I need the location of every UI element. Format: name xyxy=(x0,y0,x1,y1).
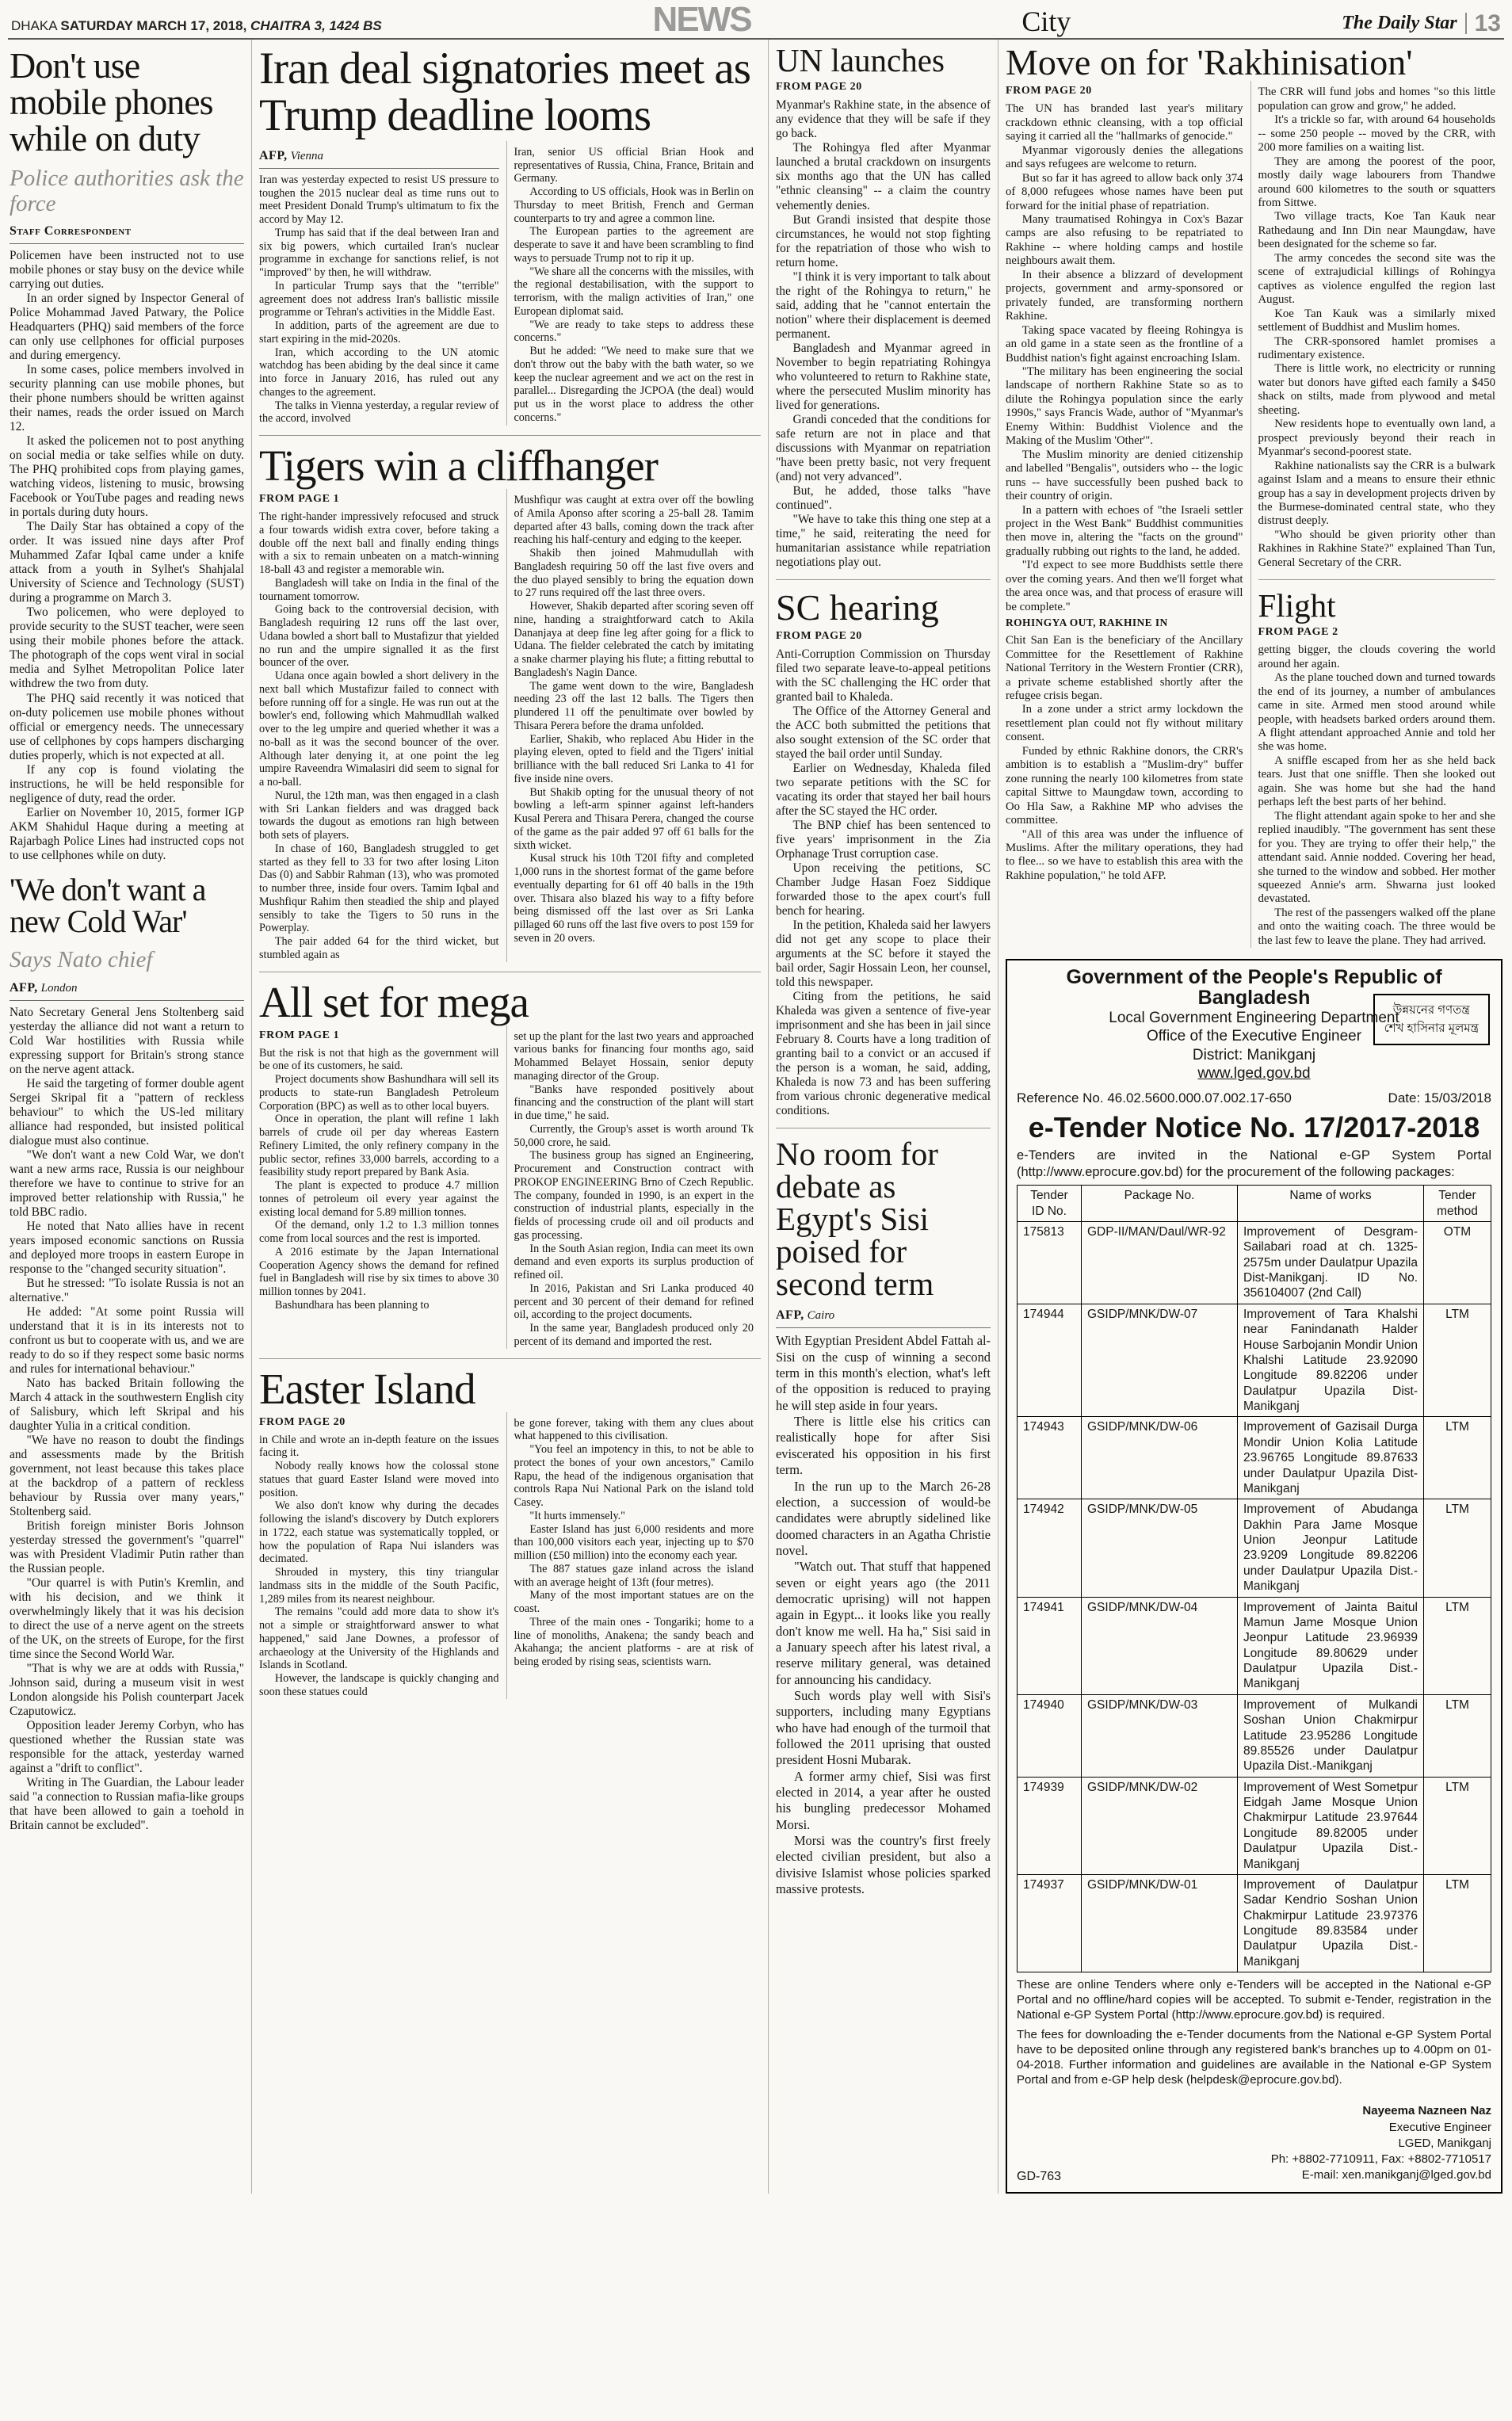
paragraph: The plant is expected to produce 4.7 mil… xyxy=(259,1179,499,1219)
signatory-title: Executive Engineer xyxy=(1271,2120,1491,2136)
paragraph: Currently, the Group's asset is worth ar… xyxy=(514,1123,754,1150)
table-row: 174944GSIDP/MNK/DW-07Improvement of Tara… xyxy=(1018,1304,1491,1417)
deck: Police authorities ask the force xyxy=(10,166,244,216)
tigers-columns: FROM PAGE 1 The right-hander impressivel… xyxy=(259,489,761,962)
paragraph: The 887 statues gaze inland across the i… xyxy=(514,1563,754,1590)
headline: Flight xyxy=(1258,590,1496,622)
paragraph: Nurul, the 12th man, was then engaged in… xyxy=(259,789,499,842)
cell-works: Improvement of West Sometpur Eidgah Jame… xyxy=(1238,1777,1424,1874)
paragraph: In addition, parts of the agreement are … xyxy=(259,319,499,346)
signature-block: Nayeema Nazneen Naz Executive Engineer L… xyxy=(1271,2103,1491,2183)
column-header-id: Tender ID No. xyxy=(1018,1186,1082,1222)
rakhine-columns: FROM PAGE 20 The UN has branded last yea… xyxy=(1006,81,1502,948)
cell-works: Improvement of Gazisail Durga Mondir Uni… xyxy=(1238,1417,1424,1499)
cell-method: LTM xyxy=(1424,1304,1491,1417)
subsection-label: City xyxy=(1021,9,1071,34)
cell-method: LTM xyxy=(1424,1777,1491,1874)
paragraph: getting bigger, the clouds covering the … xyxy=(1258,643,1496,671)
paragraph: The Muslim minority are denied citizensh… xyxy=(1006,449,1243,504)
gd-code: GD-763 xyxy=(1017,2170,1061,2184)
iran-col-2: Iran, senior US official Brian Hook and … xyxy=(506,141,762,426)
page-columns: Don't use mobile phones while on duty Po… xyxy=(8,40,1504,2193)
article-body: set up the plant for the last two years … xyxy=(514,1030,754,1349)
table-row: 174942GSIDP/MNK/DW-05Improvement of Abud… xyxy=(1018,1499,1491,1597)
paragraph: However, Shakib departed after scoring s… xyxy=(514,600,754,680)
column-header-package: Package No. xyxy=(1082,1186,1238,1222)
paragraph: Koe Tan Kauk was a similarly mixed settl… xyxy=(1258,307,1496,335)
mega-col-2: set up the plant for the last two years … xyxy=(506,1025,762,1349)
paragraph: It asked the policemen not to post anyth… xyxy=(10,434,244,520)
signatory-phone: Ph: +8802-7710911, Fax: +8802-7710517 xyxy=(1271,2152,1491,2167)
paragraph: Shrouded in mystery, this tiny triangula… xyxy=(259,1566,499,1606)
paragraph: In the same year, Bangladesh produced on… xyxy=(514,1322,754,1349)
city-label: DHAKA xyxy=(11,18,57,33)
paragraph: "It hurts immensely." xyxy=(514,1510,754,1523)
cell-id: 174939 xyxy=(1018,1777,1082,1874)
tender-table-header: Tender ID No. Package No. Name of works … xyxy=(1018,1186,1491,1222)
paragraph: be gone forever, taking with them any cl… xyxy=(514,1417,754,1444)
paragraph: The business group has signed an Enginee… xyxy=(514,1149,754,1242)
paragraph: The European parties to the agreement ar… xyxy=(514,225,754,265)
tender-date: Date: 15/03/2018 xyxy=(1388,1090,1491,1106)
paragraph: Iran, which according to the UN atomic w… xyxy=(259,346,499,399)
easter-columns: FROM PAGE 20 in Chile and wrote an in-de… xyxy=(259,1412,761,1699)
article-body: Policemen have been instructed not to us… xyxy=(10,249,244,863)
cell-works: Improvement of Jainta Baitul Mamun Jame … xyxy=(1238,1597,1424,1694)
paragraph: There is little work, no electricity or … xyxy=(1258,362,1496,418)
reference-row: Reference No. 46.02.5600.000.07.002.17-6… xyxy=(1017,1090,1491,1106)
paragraph: Morsi was the country's first freely ele… xyxy=(776,1833,991,1897)
continuation-label: FROM PAGE 20 xyxy=(776,630,991,643)
paragraph: But so far it has agreed to allow back o… xyxy=(1006,172,1243,213)
paragraph: The rest of the passengers walked off th… xyxy=(1258,907,1496,948)
paragraph: The game went down to the wire, Banglade… xyxy=(514,680,754,733)
paragraph: But Grandi insisted that despite those c… xyxy=(776,213,991,270)
paragraph: Nobody really knows how the colossal sto… xyxy=(259,1460,499,1499)
paragraph: "You feel an impotency in this, to not b… xyxy=(514,1443,754,1510)
paragraph: In 2016, Pakistan and Sri Lanka produced… xyxy=(514,1282,754,1322)
article-body: Iran, senior US official Brian Hook and … xyxy=(514,146,754,425)
paragraph: Going back to the controversial decision… xyxy=(259,603,499,670)
tender-table: Tender ID No. Package No. Name of works … xyxy=(1017,1185,1491,1972)
article-mega-refinery: All set for mega FROM PAGE 1 But the ris… xyxy=(259,972,761,1349)
column-2-3: Iran deal signatories meet as Trump dead… xyxy=(252,40,769,2193)
paragraph: The UN has branded last year's military … xyxy=(1006,102,1243,143)
article-tigers: Tigers win a cliffhanger FROM PAGE 1 The… xyxy=(259,435,761,962)
column-4: UN launches FROM PAGE 20 Myanmar's Rakhi… xyxy=(769,40,998,2193)
cell-package: GSIDP/MNK/DW-02 xyxy=(1082,1777,1238,1874)
easter-col-2: be gone forever, taking with them any cl… xyxy=(506,1412,762,1699)
headline: Iran deal signatories meet as Trump dead… xyxy=(259,46,761,139)
paragraph: Of the demand, only 1.2 to 1.3 million t… xyxy=(259,1219,499,1246)
iran-col-1: AFP, Vienna Iran was yesterday expected … xyxy=(259,141,506,426)
paragraph: Nato has backed Britain following the Ma… xyxy=(10,1377,244,1434)
article-body: getting bigger, the clouds covering the … xyxy=(1258,643,1496,948)
article-body: The UN has branded last year's military … xyxy=(1006,102,1243,614)
paragraph: Shakib then joined Mahmudullah with Bang… xyxy=(514,547,754,600)
article-body: Anti-Corruption Commission on Thursday f… xyxy=(776,647,991,1119)
headline: Easter Island xyxy=(259,1367,761,1411)
article-body: Myanmar's Rakhine state, in the absence … xyxy=(776,98,991,570)
byline: AFP, London xyxy=(10,981,244,1001)
paragraph: But he stressed: "To isolate Russia is n… xyxy=(10,1277,244,1305)
paragraph: Such words play well with Sisi's support… xyxy=(776,1688,991,1769)
byline: AFP, Cairo xyxy=(776,1308,991,1328)
article-body: Iran was yesterday expected to resist US… xyxy=(259,174,499,426)
article-body: be gone forever, taking with them any cl… xyxy=(514,1417,754,1669)
cell-method: LTM xyxy=(1424,1874,1491,1972)
cell-id: 174942 xyxy=(1018,1499,1082,1597)
paragraph: Earlier, Shakib, who replaced Abu Hider … xyxy=(514,733,754,786)
paragraph: "I think it is very important to talk ab… xyxy=(776,270,991,342)
paragraph: "The military has been engineering the s… xyxy=(1006,365,1243,449)
paragraph: Bashundhara has been planning to xyxy=(259,1299,499,1312)
tender-notice-title: e-Tender Notice No. 17/2017-2018 xyxy=(1017,1111,1491,1144)
paragraph: But, he added, those talks "have continu… xyxy=(776,484,991,513)
headline: UN launches xyxy=(776,44,991,77)
crosshead: ROHINGYA OUT, RAKHINE IN xyxy=(1006,617,1243,629)
paragraph: in Chile and wrote an in-depth feature o… xyxy=(259,1434,499,1461)
paragraph: They are among the poorest of the poor, … xyxy=(1258,155,1496,211)
masthead-right: The Daily Star 13 xyxy=(1342,13,1501,34)
paragraph: Two village tracts, Koe Tan Kauk near Ra… xyxy=(1258,210,1496,251)
article-body: in Chile and wrote an in-depth feature o… xyxy=(259,1434,499,1699)
cell-package: GSIDP/MNK/DW-06 xyxy=(1082,1417,1238,1499)
article-body: The right-hander impressively refocused … xyxy=(259,510,499,962)
headline: 'We don't want a new Cold War' xyxy=(10,874,244,939)
paragraph: Bangladesh will take on India in the fin… xyxy=(259,577,499,604)
article-body: With Egyptian President Abdel Fattah al-… xyxy=(776,1333,991,1897)
paragraph: Iran, senior US official Brian Hook and … xyxy=(514,146,754,185)
paragraph: In some cases, police members involved i… xyxy=(10,363,244,434)
cell-works: Improvement of Mulkandi Soshan Union Cha… xyxy=(1238,1694,1424,1777)
tender-notice: Government of the People's Republic of B… xyxy=(1006,959,1502,2194)
paragraph: The flight attendant again spoke to her … xyxy=(1258,810,1496,907)
paragraph: "We don't want a new Cold War, we don't … xyxy=(10,1148,244,1220)
headline: Don't use mobile phones while on duty xyxy=(10,48,244,157)
paragraph: The army concedes the second site was th… xyxy=(1258,252,1496,307)
paragraph: Anti-Corruption Commission on Thursday f… xyxy=(776,647,991,705)
paragraph: Policemen have been instructed not to us… xyxy=(10,249,244,292)
paragraph: But the risk is not that high as the gov… xyxy=(259,1047,499,1074)
tender-intro: e-Tenders are invited in the National e-… xyxy=(1017,1147,1491,1180)
article-body: The CRR will fund jobs and homes "so thi… xyxy=(1258,86,1496,570)
paragraph: In a zone under a strict army lockdown t… xyxy=(1006,703,1243,744)
mega-col-1: FROM PAGE 1 But the risk is not that hig… xyxy=(259,1025,506,1349)
paragraph: Upon receiving the petitions, SC Chamber… xyxy=(776,861,991,918)
paragraph: "We have no reason to doubt the findings… xyxy=(10,1434,244,1519)
paragraph: If any cop is found violating the instru… xyxy=(10,763,244,806)
cell-works: Improvement of Desgram-Sailabari road at… xyxy=(1238,1221,1424,1304)
paragraph: Grandi conceded that the conditions for … xyxy=(776,413,991,484)
paragraph: In the South Asian region, India can mee… xyxy=(514,1243,754,1282)
cell-method: LTM xyxy=(1424,1499,1491,1597)
table-row: 174937GSIDP/MNK/DW-01Improvement of Daul… xyxy=(1018,1874,1491,1972)
paragraph: Taking space vacated by fleeing Rohingya… xyxy=(1006,324,1243,365)
article-un-launches: UN launches FROM PAGE 20 Myanmar's Rakhi… xyxy=(776,44,991,570)
paragraph: With Egyptian President Abdel Fattah al-… xyxy=(776,1333,991,1414)
continuation-label: FROM PAGE 20 xyxy=(776,81,991,94)
article-flight: Flight FROM PAGE 2 getting bigger, the c… xyxy=(1258,579,1496,948)
paragraph: Myanmar vigorously denies the allegation… xyxy=(1006,144,1243,172)
paragraph: "We have to take this thing one step at … xyxy=(776,513,991,570)
continuation-label: FROM PAGE 1 xyxy=(259,493,499,506)
paragraph: The CRR-sponsored hamlet promises a rudi… xyxy=(1258,335,1496,363)
tender-table-body: 175813GDP-II/MAN/Daul/WR-92Improvement o… xyxy=(1018,1221,1491,1972)
article-sc-hearing: SC hearing FROM PAGE 20 Anti-Corruption … xyxy=(776,579,991,1119)
paragraph: But he added: "We need to make sure that… xyxy=(514,345,754,425)
article-cold-war: 'We don't want a new Cold War' Says Nato… xyxy=(10,874,244,1834)
cell-method: LTM xyxy=(1424,1597,1491,1694)
date-text: SATURDAY MARCH 17, 2018, xyxy=(60,18,246,33)
paragraph: Project documents show Bashundhara will … xyxy=(259,1073,499,1113)
cell-method: LTM xyxy=(1424,1694,1491,1777)
article-rakhinisation: Move on for 'Rakhinisation' FROM PAGE 20… xyxy=(1006,44,1502,948)
paragraph: Once in operation, the plant will refine… xyxy=(259,1113,499,1179)
paragraph: Bangladesh and Myanmar agreed in Novembe… xyxy=(776,342,991,413)
headline: Tigers win a cliffhanger xyxy=(259,444,761,487)
paragraph: Earlier on Wednesday, Khaleda filed two … xyxy=(776,762,991,819)
paragraph: The remains "could add more data to show… xyxy=(259,1606,499,1672)
paragraph: In the petition, Khaleda said her lawyer… xyxy=(776,918,991,990)
signatory-name: Nayeema Nazneen Naz xyxy=(1271,2103,1491,2119)
deck: Says Nato chief xyxy=(10,948,244,972)
headline: All set for mega xyxy=(259,980,761,1024)
table-row: 175813GDP-II/MAN/Daul/WR-92Improvement o… xyxy=(1018,1221,1491,1304)
paragraph: The Office of the Attorney General and t… xyxy=(776,705,991,762)
paragraph: The right-hander impressively refocused … xyxy=(259,510,499,577)
paragraph: The talks in Vienna yesterday, a regular… xyxy=(259,399,499,426)
table-row: 174943GSIDP/MNK/DW-06Improvement of Gazi… xyxy=(1018,1417,1491,1499)
table-row: 174941GSIDP/MNK/DW-04Improvement of Jain… xyxy=(1018,1597,1491,1694)
paragraph: set up the plant for the last two years … xyxy=(514,1030,754,1083)
paragraph: A former army chief, Sisi was first elec… xyxy=(776,1769,991,1833)
tender-note-2: The fees for downloading the e-Tender do… xyxy=(1017,2028,1491,2087)
article-easter-island: Easter Island FROM PAGE 20 in Chile and … xyxy=(259,1358,761,1699)
cell-package: GSIDP/MNK/DW-07 xyxy=(1082,1304,1238,1417)
paragraph: We also don't know why during the decade… xyxy=(259,1499,499,1566)
article-body: Nato Secretary General Jens Stoltenberg … xyxy=(10,1006,244,1834)
article-body: Mushfiqur was caught at extra over off t… xyxy=(514,494,754,945)
paragraph: In a pattern with echoes of "the Israeli… xyxy=(1006,504,1243,559)
tender-website-link[interactable]: www.lged.gov.bd xyxy=(1017,1065,1491,1083)
column-header-method: Tender method xyxy=(1424,1186,1491,1222)
paragraph: "We share all the concerns with the miss… xyxy=(514,265,754,319)
paragraph: A 2016 estimate by the Japan Internation… xyxy=(259,1246,499,1299)
paragraph: Many traumatised Rohingya in Cox's Bazar… xyxy=(1006,213,1243,269)
paragraph: "Watch out. That stuff that happened sev… xyxy=(776,1559,991,1688)
headline: SC hearing xyxy=(776,590,991,626)
headline: Move on for 'Rakhinisation' xyxy=(1006,44,1502,81)
paragraph: Rakhine nationalists say the CRR is a bu… xyxy=(1258,460,1496,529)
paragraph: As the plane touched down and turned tow… xyxy=(1258,671,1496,754)
mega-columns: FROM PAGE 1 But the risk is not that hig… xyxy=(259,1025,761,1349)
slogan-line-2: শেখ হাসিনার মূলমন্ত্র xyxy=(1384,1020,1479,1038)
continuation-label: FROM PAGE 1 xyxy=(259,1029,499,1042)
paragraph: Udana once again bowled a short delivery… xyxy=(259,670,499,789)
continuation-label: FROM PAGE 20 xyxy=(259,1416,499,1429)
table-row: 174939GSIDP/MNK/DW-02Improvement of West… xyxy=(1018,1777,1491,1874)
column-5-6: Move on for 'Rakhinisation' FROM PAGE 20… xyxy=(998,40,1504,2193)
paragraph: The Rohingya fled after Myanmar launched… xyxy=(776,141,991,212)
paragraph: Kusal struck his 10th T20I fifty and com… xyxy=(514,852,754,945)
cell-id: 174940 xyxy=(1018,1694,1082,1777)
article-mobile-phones: Don't use mobile phones while on duty Po… xyxy=(10,48,244,862)
continuation-label: FROM PAGE 20 xyxy=(1006,85,1243,97)
slogan-box: উন্নয়নের গণতন্ত্র শেখ হাসিনার মূলমন্ত্র xyxy=(1373,994,1490,1045)
paragraph: "Our quarrel is with Putin's Kremlin, an… xyxy=(10,1576,244,1662)
paragraph: Citing from the petitions, he said Khale… xyxy=(776,990,991,1118)
paragraph: "Who should be given priority other than… xyxy=(1258,529,1496,570)
paragraph: He added: "At some point Russia will und… xyxy=(10,1305,244,1377)
paragraph: But Shakib opting for the unusual theory… xyxy=(514,786,754,853)
paragraph: "We are ready to take steps to address t… xyxy=(514,319,754,346)
rakhine-col-2: The CRR will fund jobs and homes "so thi… xyxy=(1250,81,1503,948)
paragraph: "I'd expect to see more Buddhists settle… xyxy=(1006,559,1243,614)
paragraph: "All of this area was under the influenc… xyxy=(1006,828,1243,884)
tender-footer: GD-763 Nayeema Nazneen Naz Executive Eng… xyxy=(1017,2103,1491,2183)
cell-method: OTM xyxy=(1424,1221,1491,1304)
paragraph: In chase of 160, Bangladesh struggled to… xyxy=(259,842,499,935)
section-label: NEWS xyxy=(653,5,751,34)
paragraph: However, the landscape is quickly changi… xyxy=(259,1672,499,1699)
paragraph: The PHQ said recently it was noticed tha… xyxy=(10,692,244,763)
bengali-date-text: CHAITRA 3, 1424 BS xyxy=(250,18,382,33)
table-row: 174940GSIDP/MNK/DW-03Improvement of Mulk… xyxy=(1018,1694,1491,1777)
cell-id: 174937 xyxy=(1018,1874,1082,1972)
paragraph: Opposition leader Jeremy Corbyn, who has… xyxy=(10,1719,244,1776)
cell-works: Improvement of Tara Khalshi near Faninda… xyxy=(1238,1304,1424,1417)
newspaper-page: DHAKA SATURDAY MARCH 17, 2018, CHAITRA 3… xyxy=(0,0,1512,2421)
paragraph: A sniffle escaped from her as she held b… xyxy=(1258,754,1496,810)
column-header-works: Name of works xyxy=(1238,1186,1424,1222)
cell-package: GSIDP/MNK/DW-03 xyxy=(1082,1694,1238,1777)
paragraph: There is little else his critics can rea… xyxy=(776,1414,991,1478)
paragraph: Many of the most important statues are o… xyxy=(514,1589,754,1616)
paragraph: Trump has said that if the deal between … xyxy=(259,227,499,280)
paragraph: Iran was yesterday expected to resist US… xyxy=(259,174,499,227)
article-iran-deal: Iran deal signatories meet as Trump dead… xyxy=(259,46,761,426)
cell-id: 174944 xyxy=(1018,1304,1082,1417)
paragraph: According to US officials, Hook was in B… xyxy=(514,185,754,225)
cell-package: GSIDP/MNK/DW-01 xyxy=(1082,1874,1238,1972)
column-1: Don't use mobile phones while on duty Po… xyxy=(8,40,252,2193)
cell-works: Improvement of Daulatpur Sadar Kendrio S… xyxy=(1238,1874,1424,1972)
paragraph: He said the targeting of former double a… xyxy=(10,1077,244,1148)
headline: No room for debate as Egypt's Sisi poise… xyxy=(776,1138,991,1300)
easter-col-1: FROM PAGE 20 in Chile and wrote an in-de… xyxy=(259,1412,506,1699)
paragraph: He noted that Nato allies have in recent… xyxy=(10,1220,244,1277)
iran-columns: AFP, Vienna Iran was yesterday expected … xyxy=(259,141,761,426)
dateline: DHAKA SATURDAY MARCH 17, 2018, CHAITRA 3… xyxy=(11,18,382,34)
cell-package: GSIDP/MNK/DW-05 xyxy=(1082,1499,1238,1597)
tigers-col-2: Mushfiqur was caught at extra over off t… xyxy=(506,489,762,962)
tender-note-1: These are online Tenders where only e-Te… xyxy=(1017,1978,1491,2022)
paragraph: Writing in The Guardian, the Labour lead… xyxy=(10,1776,244,1833)
slogan-line-1: উন্নয়নের গণতন্ত্র xyxy=(1384,1002,1479,1020)
paragraph: In an order signed by Inspector General … xyxy=(10,292,244,363)
paragraph: Three of the main ones - Tongariki; home… xyxy=(514,1616,754,1669)
continuation-label: FROM PAGE 2 xyxy=(1258,626,1496,639)
cell-works: Improvement of Abudanga Dakhin Para Jame… xyxy=(1238,1499,1424,1597)
paragraph: Nato Secretary General Jens Stoltenberg … xyxy=(10,1006,244,1077)
tender-district-line: District: Manikganj xyxy=(1017,1046,1491,1065)
paragraph: Earlier on November 10, 2015, former IGP… xyxy=(10,806,244,863)
paragraph: The BNP chief has been sentenced to five… xyxy=(776,819,991,861)
paragraph: Easter Island has just 6,000 residents a… xyxy=(514,1523,754,1563)
paragraph: It's a trickle so far, with around 64 ho… xyxy=(1258,113,1496,155)
paragraph: The pair added 64 for the third wicket, … xyxy=(259,935,499,962)
cell-id: 174941 xyxy=(1018,1597,1082,1694)
page-number: 13 xyxy=(1465,13,1501,34)
rakhine-col-1: FROM PAGE 20 The UN has branded last yea… xyxy=(1006,81,1250,948)
tigers-col-1: FROM PAGE 1 The right-hander impressivel… xyxy=(259,489,506,962)
paragraph: The CRR will fund jobs and homes "so thi… xyxy=(1258,86,1496,113)
paragraph: Chit San Ean is the beneficiary of the A… xyxy=(1006,634,1243,703)
article-body: But the risk is not that high as the gov… xyxy=(259,1047,499,1312)
paragraph: Mushfiqur was caught at extra over off t… xyxy=(514,494,754,547)
paragraph: In the run up to the March 26-28 electio… xyxy=(776,1479,991,1560)
paragraph: "That is why we are at odds with Russia,… xyxy=(10,1662,244,1719)
cell-method: LTM xyxy=(1424,1417,1491,1499)
masthead: DHAKA SATURDAY MARCH 17, 2018, CHAITRA 3… xyxy=(8,3,1504,40)
paragraph: Two policemen, who were deployed to prov… xyxy=(10,605,244,691)
reference-number: Reference No. 46.02.5600.000.07.002.17-6… xyxy=(1017,1090,1292,1106)
cell-id: 175813 xyxy=(1018,1221,1082,1304)
cell-package: GDP-II/MAN/Daul/WR-92 xyxy=(1082,1221,1238,1304)
paper-logo: The Daily Star xyxy=(1342,13,1457,34)
paragraph: Myanmar's Rakhine state, in the absence … xyxy=(776,98,991,141)
paragraph: Funded by ethnic Rakhine donors, the CRR… xyxy=(1006,745,1243,828)
paragraph: The Daily Star has obtained a copy of th… xyxy=(10,520,244,605)
cell-id: 174943 xyxy=(1018,1417,1082,1499)
byline: AFP, Vienna xyxy=(259,149,499,169)
paragraph: New residents hope to eventually own lan… xyxy=(1258,418,1496,459)
byline: Staff Correspondent xyxy=(10,224,244,244)
paragraph: "Banks have responded positively about f… xyxy=(514,1083,754,1123)
signatory-org: LGED, Manikganj xyxy=(1271,2136,1491,2152)
paragraph: In particular Trump says that the "terri… xyxy=(259,280,499,319)
paragraph: British foreign minister Boris Johnson y… xyxy=(10,1519,244,1576)
signatory-email: E-mail: xen.manikganj@lged.gov.bd xyxy=(1271,2167,1491,2183)
paragraph: In their absence a blizzard of developme… xyxy=(1006,269,1243,324)
article-sisi: No room for debate as Egypt's Sisi poise… xyxy=(776,1128,991,1897)
article-body: Chit San Ean is the beneficiary of the A… xyxy=(1006,634,1243,883)
cell-package: GSIDP/MNK/DW-04 xyxy=(1082,1597,1238,1694)
